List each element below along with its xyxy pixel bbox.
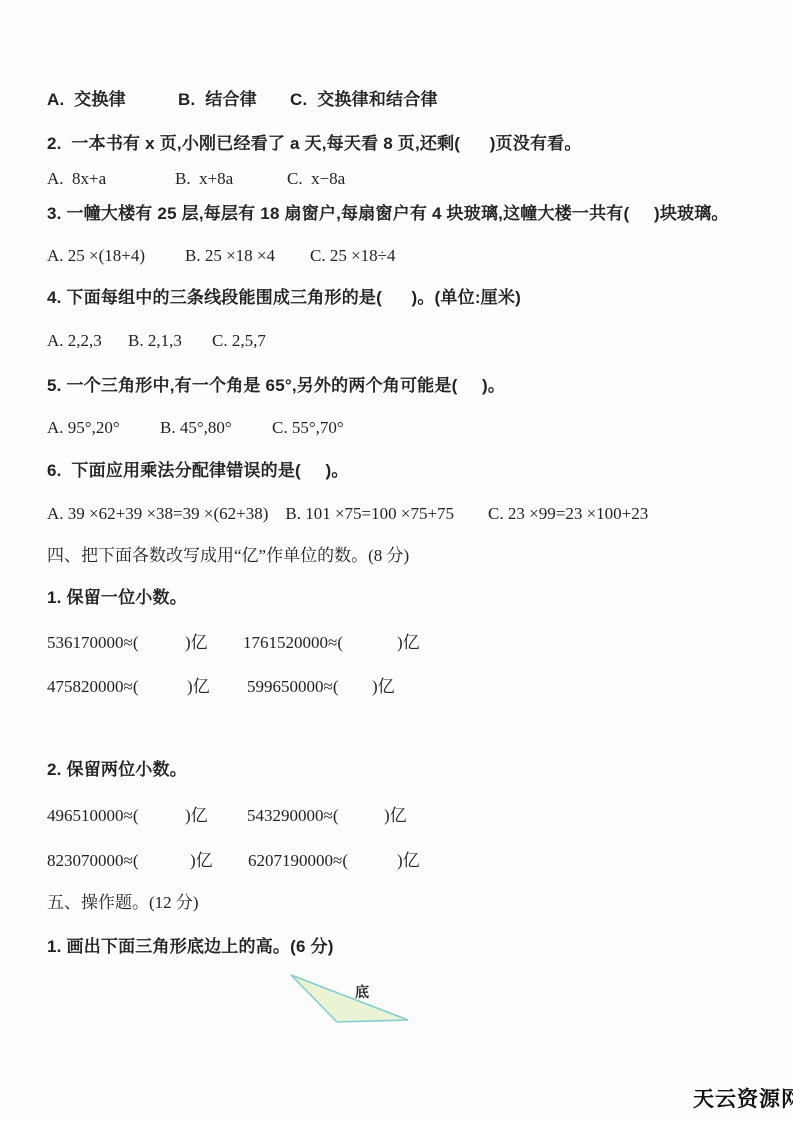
- unit-yi-7: )亿: [190, 850, 213, 872]
- unit-yi-4: )亿: [372, 676, 395, 698]
- section5-title: 五、操作题。(12 分): [47, 892, 199, 914]
- q6-text: 6. 下面应用乘法分配律错误的是( )。: [47, 460, 349, 482]
- section4-part1-row2: 475820000≈( )亿 599650000≈( )亿: [0, 676, 793, 700]
- unit-yi-3: )亿: [187, 676, 210, 698]
- number-blank-7: 823070000≈(: [47, 850, 139, 872]
- unit-yi-8: )亿: [397, 850, 420, 872]
- q4-option-b: B. 2,1,3: [128, 330, 182, 352]
- q2-option-a: A. 8x+a: [47, 168, 106, 190]
- unit-yi-1: )亿: [185, 632, 208, 654]
- q2-option-c: C. x−8a: [287, 168, 345, 190]
- q5-options-row: A. 95°,20° B. 45°,80° C. 55°,70°: [0, 417, 793, 441]
- number-blank-4: 599650000≈(: [247, 676, 339, 698]
- q3-option-a: A. 25 ×(18+4): [47, 245, 145, 267]
- section4-part1-row1: 536170000≈( )亿 1761520000≈( )亿: [0, 632, 793, 656]
- q4-text-row: 4. 下面每组中的三条线段能围成三角形的是( )。(单位:厘米): [0, 287, 793, 311]
- q2-options-row: A. 8x+a B. x+8a C. x−8a: [0, 168, 793, 192]
- q6-options-row: A. 39 ×62+39 ×38=39 ×(62+38) B. 101 ×75=…: [0, 503, 793, 527]
- q5-option-b: B. 45°,80°: [160, 417, 232, 439]
- q4-options-row: A. 2,2,3 B. 2,1,3 C. 2,5,7: [0, 330, 793, 354]
- section4-part2-row1: 496510000≈( )亿 543290000≈( )亿: [0, 805, 793, 829]
- section5-q1-row: 1. 画出下面三角形底边上的高。(6 分): [0, 936, 793, 960]
- q3-text: 3. 一幢大楼有 25 层,每层有 18 扇窗户,每扇窗户有 4 块玻璃,这幢大…: [47, 203, 729, 225]
- unit-yi-6: )亿: [384, 805, 407, 827]
- q2-text: 2. 一本书有 x 页,小刚已经看了 a 天,每天看 8 页,还剩( )页没有看…: [47, 133, 582, 155]
- triangle-polygon: [291, 975, 408, 1022]
- number-blank-6: 543290000≈(: [247, 805, 339, 827]
- section4-part2-title-row: 2. 保留两位小数。: [0, 759, 793, 783]
- section4-part1-title: 1. 保留一位小数。: [47, 587, 187, 609]
- triangle-figure: 底: [277, 963, 427, 1033]
- q2-option-b: B. x+8a: [175, 168, 233, 190]
- q3-option-c: C. 25 ×18÷4: [310, 245, 396, 267]
- number-blank-3: 475820000≈(: [47, 676, 139, 698]
- triangle-shape: [291, 975, 408, 1022]
- section4-part2-title: 2. 保留两位小数。: [47, 759, 187, 781]
- number-blank-1: 536170000≈(: [47, 632, 139, 654]
- number-blank-5: 496510000≈(: [47, 805, 139, 827]
- q5-option-c: C. 55°,70°: [272, 417, 344, 439]
- section4-title: 四、把下面各数改写成用“亿”作单位的数。(8 分): [47, 545, 409, 567]
- number-blank-2: 1761520000≈(: [243, 632, 343, 654]
- q1-options-row: A. 交换律 B. 结合律 C. 交换律和结合律: [0, 89, 793, 113]
- q1-option-c: C. 交换律和结合律: [290, 89, 438, 111]
- q4-option-c: C. 2,5,7: [212, 330, 266, 352]
- q4-option-a: A. 2,2,3: [47, 330, 102, 352]
- q2-text-row: 2. 一本书有 x 页,小刚已经看了 a 天,每天看 8 页,还剩( )页没有看…: [0, 133, 793, 157]
- q4-text: 4. 下面每组中的三条线段能围成三角形的是( )。(单位:厘米): [47, 287, 521, 309]
- q5-text: 5. 一个三角形中,有一个角是 65°,另外的两个角可能是( )。: [47, 375, 505, 397]
- q6-text-row: 6. 下面应用乘法分配律错误的是( )。: [0, 460, 793, 484]
- q1-option-a: A. 交换律: [47, 89, 126, 111]
- worksheet-page: A. 交换律 B. 结合律 C. 交换律和结合律 2. 一本书有 x 页,小刚已…: [0, 0, 793, 1122]
- q6-options: A. 39 ×62+39 ×38=39 ×(62+38) B. 101 ×75=…: [47, 503, 648, 525]
- q5-option-a: A. 95°,20°: [47, 417, 120, 439]
- q1-option-b: B. 结合律: [178, 89, 257, 111]
- q3-text-row: 3. 一幢大楼有 25 层,每层有 18 扇窗户,每扇窗户有 4 块玻璃,这幢大…: [0, 203, 793, 227]
- q5-text-row: 5. 一个三角形中,有一个角是 65°,另外的两个角可能是( )。: [0, 375, 793, 399]
- site-watermark: 天云资源网: [693, 1083, 793, 1113]
- section4-title-row: 四、把下面各数改写成用“亿”作单位的数。(8 分): [0, 545, 793, 569]
- number-blank-8: 6207190000≈(: [248, 850, 348, 872]
- section4-part1-title-row: 1. 保留一位小数。: [0, 587, 793, 611]
- q3-option-b: B. 25 ×18 ×4: [185, 245, 275, 267]
- triangle-base-label: 底: [355, 984, 369, 1000]
- q3-options-row: A. 25 ×(18+4) B. 25 ×18 ×4 C. 25 ×18÷4: [0, 245, 793, 269]
- section5-title-row: 五、操作题。(12 分): [0, 892, 793, 916]
- section4-part2-row2: 823070000≈( )亿 6207190000≈( )亿: [0, 850, 793, 874]
- unit-yi-2: )亿: [397, 632, 420, 654]
- section5-q1-text: 1. 画出下面三角形底边上的高。(6 分): [47, 936, 334, 958]
- unit-yi-5: )亿: [185, 805, 208, 827]
